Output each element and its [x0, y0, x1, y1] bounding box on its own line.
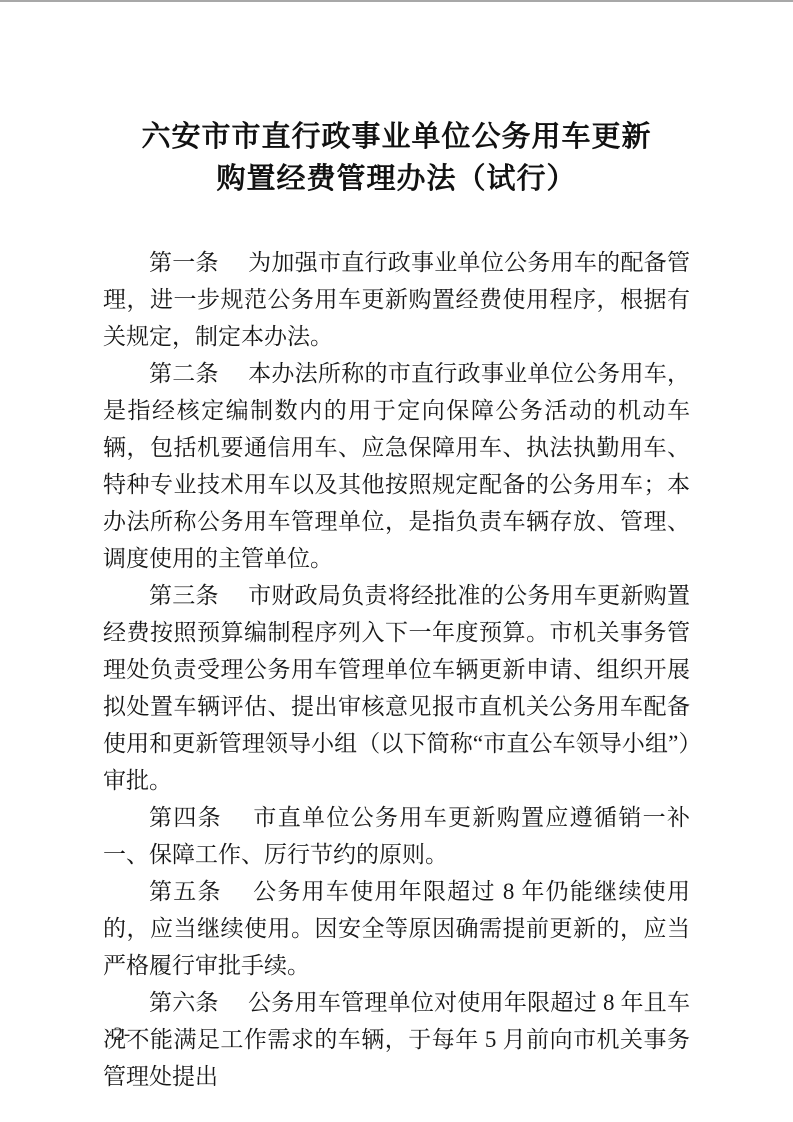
article-4-paragraph: 第四条 市直单位公务用车更新购置应遵循销一补一、保障工作、厉行节约的原则。 — [103, 799, 690, 873]
document-title: 六安市市直行政事业单位公务用车更新 购置经费管理办法（试行） — [90, 116, 703, 200]
article-3-paragraph: 第三条 市财政局负责将经批准的公务用车更新购置经费按照预算编制程序列入下一年度预… — [103, 577, 690, 799]
scan-edge-line — [0, 0, 793, 2]
document-title-line2: 购置经费管理办法（试行） — [216, 163, 576, 195]
document-page: 六安市市直行政事业单位公务用车更新 购置经费管理办法（试行） 第一条 为加强市直… — [0, 0, 793, 1122]
article-6-paragraph: 第六条 公务用车管理单位对使用年限超过 8 年且车况不能满足工作需求的车辆，于每… — [103, 984, 690, 1095]
page-number: -2- — [106, 1024, 131, 1046]
article-5-paragraph: 第五条 公务用车使用年限超过 8 年仍能继续使用的，应当继续使用。因安全等原因确… — [103, 873, 690, 984]
article-1-paragraph: 第一条 为加强市直行政事业单位公务用车的配备管理，进一步规范公务用车更新购置经费… — [103, 244, 690, 355]
document-title-line1: 六安市市直行政事业单位公务用车更新 — [141, 121, 651, 153]
article-2-paragraph: 第二条 本办法所称的市直行政事业单位公务用车，是指经核定编制数内的用于定向保障公… — [103, 355, 690, 577]
document-body: 第一条 为加强市直行政事业单位公务用车的配备管理，进一步规范公务用车更新购置经费… — [103, 244, 690, 1095]
